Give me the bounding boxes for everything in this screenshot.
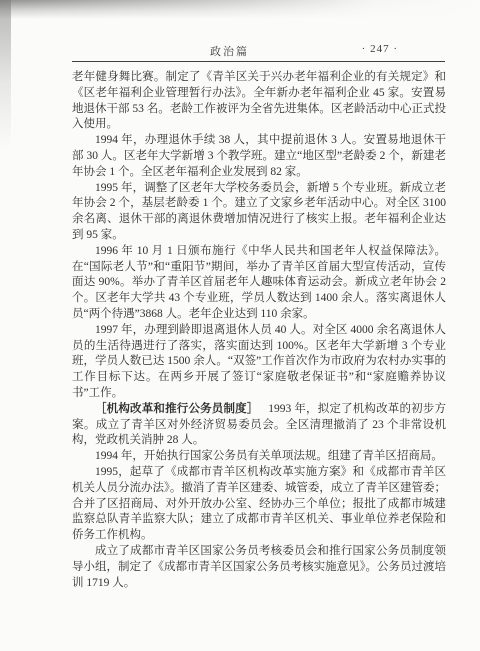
page-number: · 247 · bbox=[362, 43, 398, 55]
text-run: 老年健身舞比赛。制定了《青羊区关于兴办老年福利企业的有关规定》和《区老年福利企业… bbox=[72, 71, 446, 130]
scan-shadow-top bbox=[0, 0, 480, 19]
paragraph: 1996 年 10 月 1 日颁布施行《中华人民共和国老年人权益保障法》。在“国… bbox=[72, 244, 446, 323]
text-run: 1997 年，办理到龄即退离退休人员 40 人。对全区 4000 余名离退休人员… bbox=[72, 324, 446, 399]
scanned-book-page: 政治篇 · 247 · 老年健身舞比赛。制定了《青羊区关于兴办老年福利企业的有关… bbox=[0, 0, 480, 651]
chapter-title: 政治篇 bbox=[43, 43, 416, 59]
paragraph: 成立了成都市青羊区国家公务员考核委员会和推行国家公务员制度领导小组，制定了《成都… bbox=[72, 544, 446, 591]
paragraph: 1994 年，办理退休手续 38 人，其中提前退休 3 人。安置易地退休干部 3… bbox=[72, 133, 446, 180]
paragraph: ［机构改革和推行公务员制度］1993 年，拟定了机构改革的初步方案。成立了青羊区… bbox=[72, 402, 446, 449]
scan-shadow-fade bbox=[0, 0, 480, 19]
text-run: 1995，起草了《成都市青羊区机构改革实施方案》和《成都市青羊区机关人员分流办法… bbox=[72, 466, 446, 541]
paragraph: 1995 年，调整了区老年大学校务委员会，新增 5 个专业班。新成立老年协会 2… bbox=[72, 181, 446, 244]
paragraph: 1994 年，开始执行国家公务员有关单项法规。组建了青羊区招商局。 bbox=[72, 449, 446, 465]
section-heading-label: ［机构改革和推行公务员制度］ bbox=[95, 403, 259, 415]
text-run: 1994 年，办理退休手续 38 人，其中提前退休 3 人。安置易地退休干部 3… bbox=[72, 134, 446, 178]
text-run: 1994 年，开始执行国家公务员有关单项法规。组建了青羊区招商局。 bbox=[95, 450, 443, 462]
text-run: 1995 年，调整了区老年大学校务委员会，新增 5 个专业班。新成立老年协会 2… bbox=[72, 182, 446, 241]
header-rule bbox=[72, 61, 445, 62]
paragraph: 老年健身舞比赛。制定了《青羊区关于兴办老年福利企业的有关规定》和《区老年福利企业… bbox=[72, 70, 446, 133]
page-body-text: 老年健身舞比赛。制定了《青羊区关于兴办老年福利企业的有关规定》和《区老年福利企业… bbox=[72, 70, 446, 591]
text-run: 1996 年 10 月 1 日颁布施行《中华人民共和国老年人权益保障法》。在“国… bbox=[72, 245, 446, 320]
scan-shadow-left bbox=[0, 0, 11, 150]
paragraph: 1997 年，办理到龄即退离退休人员 40 人。对全区 4000 余名离退休人员… bbox=[72, 323, 446, 402]
page-header: 政治篇 · 247 · bbox=[72, 43, 445, 59]
text-run: 成立了成都市青羊区国家公务员考核委员会和推行国家公务员制度领导小组，制定了《成都… bbox=[72, 545, 446, 589]
paragraph: 1995，起草了《成都市青羊区机构改革实施方案》和《成都市青羊区机关人员分流办法… bbox=[72, 465, 446, 544]
